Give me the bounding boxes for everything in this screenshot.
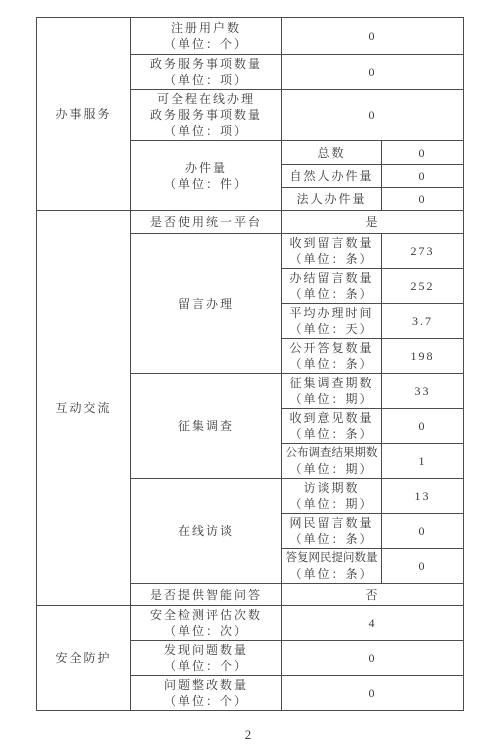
- label-text: 平均办理时间: [284, 305, 379, 321]
- page-number: 2: [0, 727, 496, 743]
- label-text: 在线访谈: [133, 523, 279, 539]
- unit-text: （单位：期）: [284, 461, 379, 477]
- label-text: 自然人办件量: [284, 168, 379, 184]
- value-unified-platform: 是: [282, 211, 464, 234]
- unit-text: （单位：条）: [284, 566, 379, 582]
- row-label-smart-qa: 是否提供智能问答: [131, 584, 282, 606]
- value-interviews-netizen-messages: 0: [382, 514, 464, 549]
- label-text: 征集调查: [133, 418, 279, 434]
- row-label-interviews-netizen-messages: 网民留言数量 （单位：条）: [282, 514, 382, 549]
- value-messages-avg-time: 3.7: [382, 304, 464, 339]
- unit-text: （单位：个）: [133, 658, 279, 674]
- label-text: 网民留言数量: [284, 515, 379, 531]
- value-smart-qa: 否: [282, 584, 464, 606]
- label-text: 收到意见数量: [284, 410, 379, 426]
- label-text: 访谈期数: [284, 480, 379, 496]
- label-text: 办结留言数量: [284, 270, 379, 286]
- unit-text: （单位：个）: [133, 693, 279, 709]
- unit-text: （单位：条）: [284, 286, 379, 302]
- label-text: 法人办件量: [284, 191, 379, 207]
- label-text: 是否提供智能问答: [133, 587, 279, 603]
- row-label-messages-avg-time: 平均办理时间 （单位：天）: [282, 304, 382, 339]
- label-text: 收到留言数量: [284, 235, 379, 251]
- row-label-cases-legal-person: 法人办件量: [282, 188, 382, 211]
- unit-text: （单位：条）: [284, 426, 379, 442]
- section-label-interaction: 互动交流: [37, 211, 131, 606]
- value-surveys-periods: 33: [382, 374, 464, 409]
- row-label-interviews-periods: 访谈期数 （单位：期）: [282, 479, 382, 514]
- value-surveys-results: 1: [382, 444, 464, 479]
- value-problems-fixed: 0: [282, 676, 464, 711]
- row-label-messages-received: 收到留言数量 （单位：条）: [282, 234, 382, 269]
- row-label-messages-public-replies: 公开答复数量 （单位：条）: [282, 339, 382, 374]
- value-messages-completed: 252: [382, 269, 464, 304]
- label-text: 政务服务事项数量: [133, 56, 279, 72]
- label-text: 总数: [284, 145, 379, 161]
- row-label-surveys-periods: 征集调查期数 （单位：期）: [282, 374, 382, 409]
- government-service-report-table: 办事服务 注册用户数 （单位：个） 0 政务服务事项数量 （单位：项） 0 可全…: [36, 17, 464, 711]
- unit-text: （单位：次）: [133, 623, 279, 639]
- label-text: 注册用户数: [133, 20, 279, 36]
- label-text: 办件量: [133, 160, 279, 176]
- unit-text: （单位：项）: [133, 72, 279, 88]
- unit-text: （单位：条）: [284, 251, 379, 267]
- label-text: 问题整改数量: [133, 677, 279, 693]
- row-label-registered-users: 注册用户数 （单位：个）: [131, 18, 282, 55]
- unit-text: （单位：件）: [133, 176, 279, 192]
- value-service-items: 0: [282, 55, 464, 90]
- row-label-service-items: 政务服务事项数量 （单位：项）: [131, 55, 282, 90]
- group-label-interviews: 在线访谈: [131, 479, 282, 584]
- unit-text: （单位：条）: [284, 356, 379, 372]
- row-label-surveys-results: 公布调查结果期数 （单位：期）: [282, 444, 382, 479]
- unit-text: （单位：条）: [284, 531, 379, 547]
- label-text: 留言办理: [133, 296, 279, 312]
- group-label-cases: 办件量 （单位：件）: [131, 141, 282, 211]
- label-text: 是否使用统一平台: [133, 214, 279, 230]
- label-text: 答复网民提问数量: [284, 550, 379, 566]
- label-text: 安全检测评估次数: [133, 607, 279, 623]
- report-page: 办事服务 注册用户数 （单位：个） 0 政务服务事项数量 （单位：项） 0 可全…: [0, 0, 496, 750]
- row-label-online-items: 可全程在线办理 政务服务事项数量 （单位：项）: [131, 90, 282, 141]
- value-online-items: 0: [282, 90, 464, 141]
- row-label-problems-fixed: 问题整改数量 （单位：个）: [131, 676, 282, 711]
- value-messages-received: 273: [382, 234, 464, 269]
- value-registered-users: 0: [282, 18, 464, 55]
- value-security-assessments: 4: [282, 606, 464, 641]
- row-label-security-assessments: 安全检测评估次数 （单位：次）: [131, 606, 282, 641]
- section-label-service: 办事服务: [37, 18, 131, 211]
- value-interviews-periods: 13: [382, 479, 464, 514]
- label-text: 征集调查期数: [284, 375, 379, 391]
- value-cases-total: 0: [382, 141, 464, 165]
- label-text: 政务服务事项数量: [133, 107, 279, 123]
- value-cases-natural-person: 0: [382, 165, 464, 188]
- label-text: 发现问题数量: [133, 642, 279, 658]
- label-text: 公布调查结果期数: [284, 445, 379, 461]
- row-label-interviews-question-replies: 答复网民提问数量 （单位：条）: [282, 549, 382, 584]
- value-problems-found: 0: [282, 641, 464, 676]
- row-label-cases-natural-person: 自然人办件量: [282, 165, 382, 188]
- unit-text: （单位：个）: [133, 36, 279, 52]
- unit-text: （单位：项）: [133, 123, 279, 139]
- row-label-unified-platform: 是否使用统一平台: [131, 211, 282, 234]
- group-label-surveys: 征集调查: [131, 374, 282, 479]
- value-interviews-question-replies: 0: [382, 549, 464, 584]
- row-label-messages-completed: 办结留言数量 （单位：条）: [282, 269, 382, 304]
- group-label-messages: 留言办理: [131, 234, 282, 374]
- row-label-surveys-opinions: 收到意见数量 （单位：条）: [282, 409, 382, 444]
- label-text: 可全程在线办理: [133, 91, 279, 107]
- unit-text: （单位：期）: [284, 496, 379, 512]
- value-surveys-opinions: 0: [382, 409, 464, 444]
- unit-text: （单位：期）: [284, 391, 379, 407]
- value-messages-public-replies: 198: [382, 339, 464, 374]
- row-label-cases-total: 总数: [282, 141, 382, 165]
- row-label-problems-found: 发现问题数量 （单位：个）: [131, 641, 282, 676]
- value-cases-legal-person: 0: [382, 188, 464, 211]
- label-text: 公开答复数量: [284, 340, 379, 356]
- section-label-security: 安全防护: [37, 606, 131, 711]
- unit-text: （单位：天）: [284, 321, 379, 337]
